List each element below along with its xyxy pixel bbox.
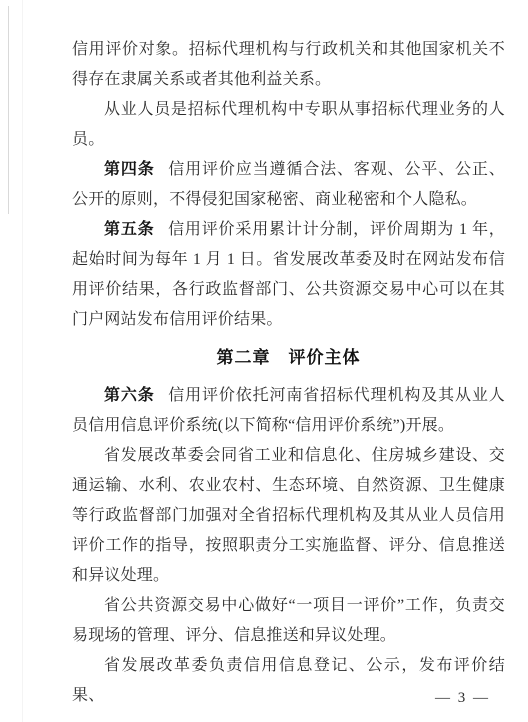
paragraph-text: 信用评价对象。招标代理机构与行政机关和其他国家机关不得存在隶属关系或者其他利益关… <box>72 41 505 88</box>
paragraph-continuation: 信用评价对象。招标代理机构与行政机关和其他国家机关不得存在隶属关系或者其他利益关… <box>72 35 505 95</box>
paragraph: 省公共资源交易中心做好“一项目一评价”工作，负责交易现场的管理、评分、信息推送和… <box>72 591 505 651</box>
paragraph: 省发展改革委会同省工业和信息化、住房城乡建设、交通运输、水利、农业农村、生态环境… <box>72 441 505 591</box>
chapter-heading: 第二章 评价主体 <box>72 343 505 373</box>
paragraph-article-5: 第五条信用评价采用累计计分制，评价周期为 1 年，起始时间为每年 1 月 1 日… <box>72 215 505 335</box>
scan-artifact-line <box>8 6 9 214</box>
article-label: 第六条 <box>104 387 155 404</box>
paragraph-article-6: 第六条信用评价依托河南省招标代理机构及其从业人员信用信息评价系统(以下简称“信用… <box>72 381 505 441</box>
scanned-document-page: 信用评价对象。招标代理机构与行政机关和其他国家机关不得存在隶属关系或者其他利益关… <box>0 0 528 722</box>
paragraph-text: 从业人员是招标代理机构中专职从事招标代理业务的人员。 <box>72 101 505 148</box>
article-label: 第四条 <box>104 161 155 178</box>
scan-artifact-line-faint <box>22 0 23 722</box>
paragraph: 从业人员是招标代理机构中专职从事招标代理业务的人员。 <box>72 95 505 155</box>
paragraph-article-4: 第四条信用评价应当遵循合法、客观、公平、公正、公开的原则，不得侵犯国家秘密、商业… <box>72 155 505 215</box>
page-number: — 3 — <box>435 690 490 706</box>
paragraph-text: 省公共资源交易中心做好“一项目一评价”工作，负责交易现场的管理、评分、信息推送和… <box>72 597 505 644</box>
document-content: 信用评价对象。招标代理机构与行政机关和其他国家机关不得存在隶属关系或者其他利益关… <box>72 35 505 711</box>
article-label: 第五条 <box>104 221 154 238</box>
paragraph-text: 省发展改革委会同省工业和信息化、住房城乡建设、交通运输、水利、农业农村、生态环境… <box>72 447 505 584</box>
